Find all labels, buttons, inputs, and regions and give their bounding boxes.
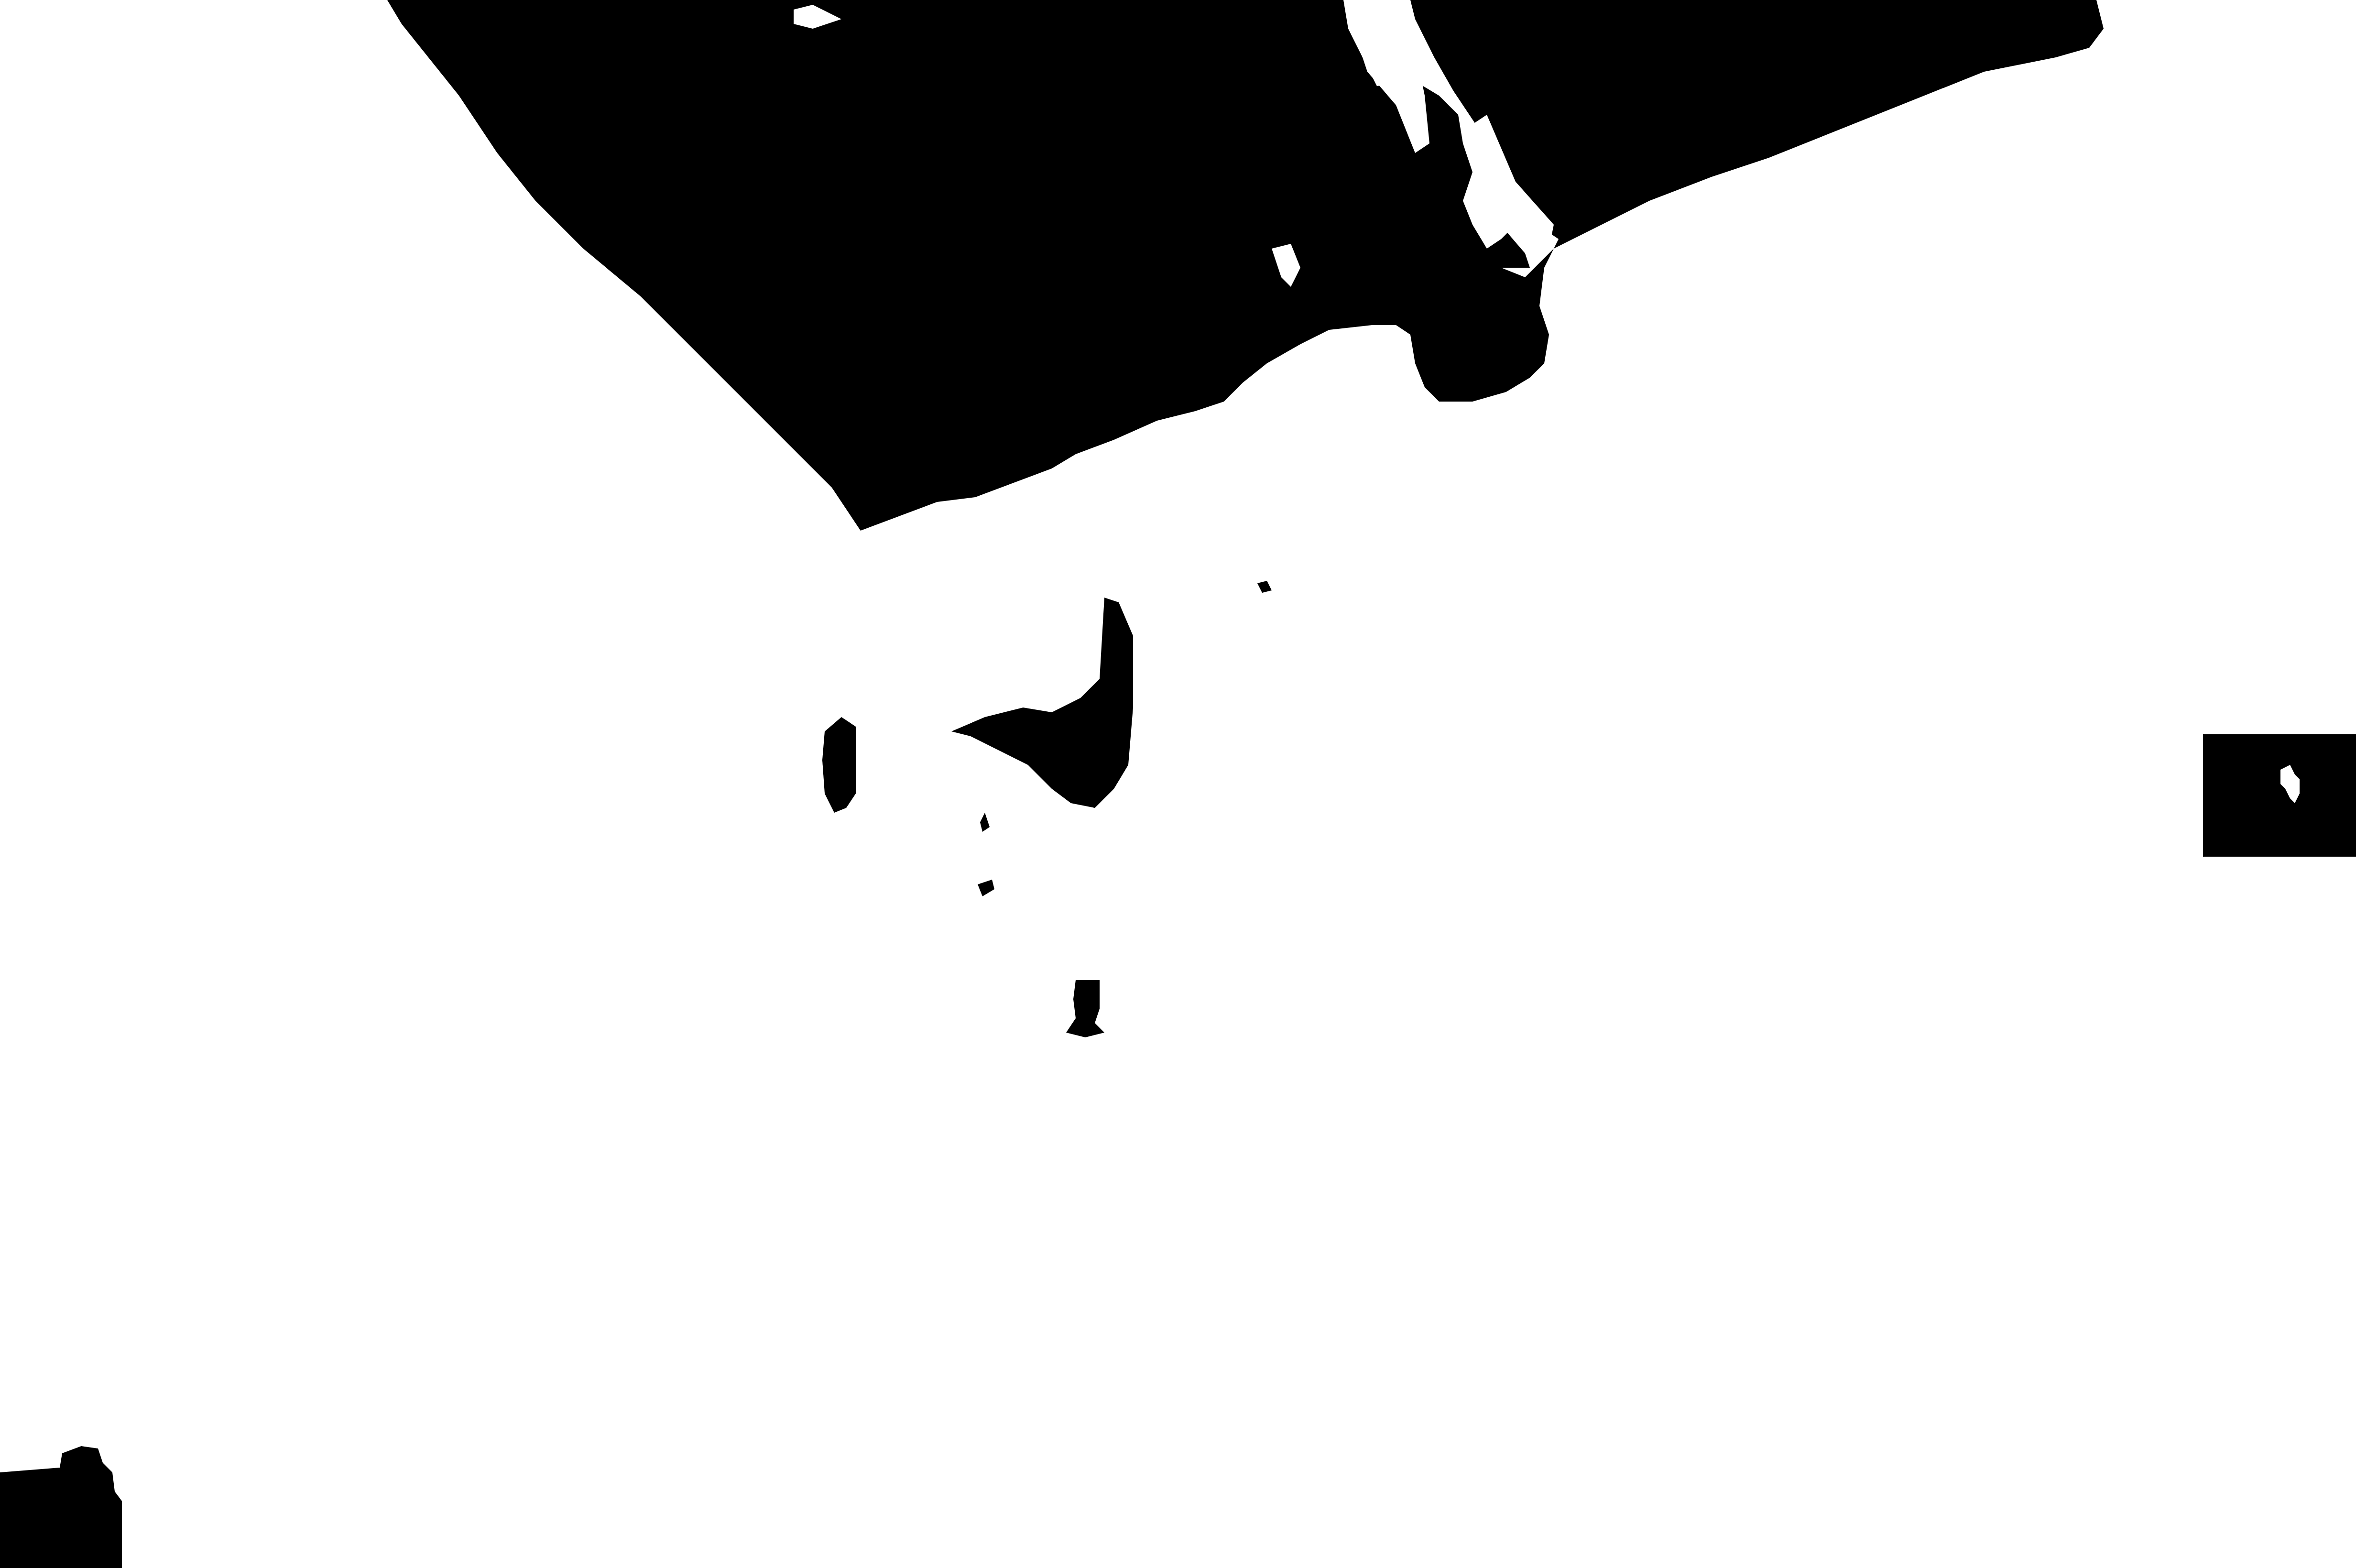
binarized-photo — [0, 0, 2356, 1568]
right-edge-block — [2203, 734, 2356, 857]
